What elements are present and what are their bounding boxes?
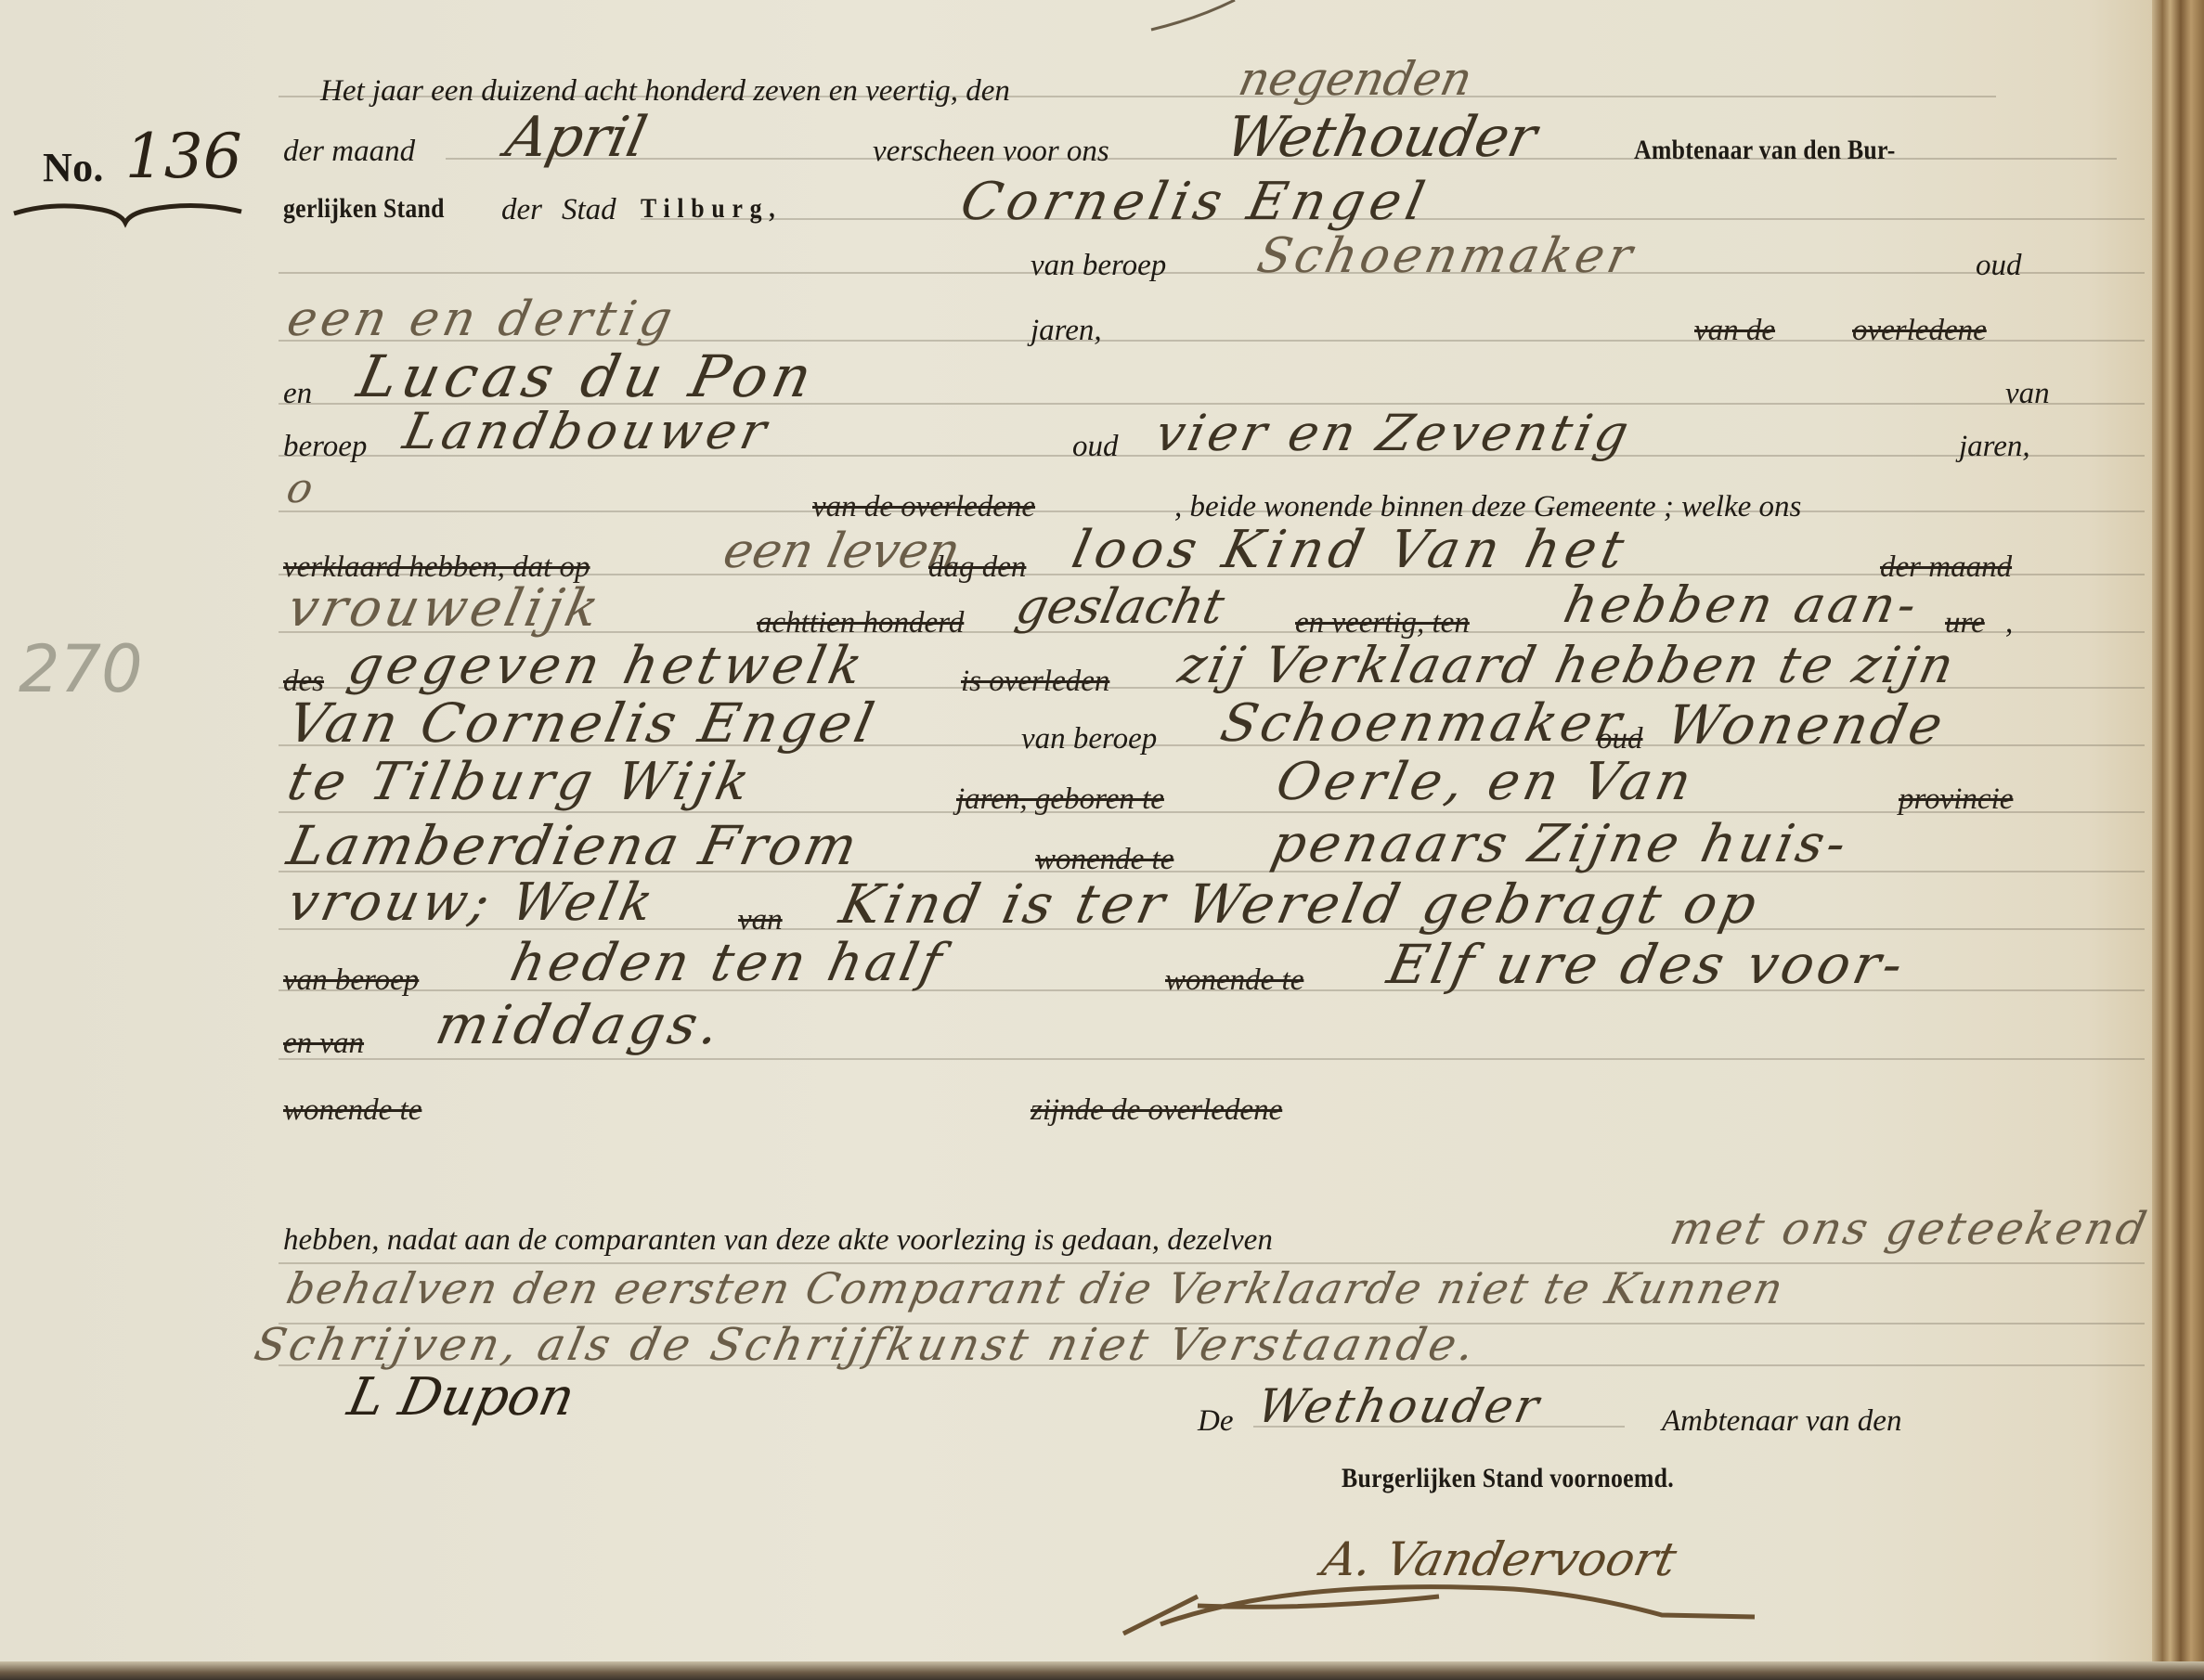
struck-wonende-te-1: wonende te [1035,845,1173,875]
hand-line-e2: Oerle, en Van [1272,756,1700,808]
hand-declarant2-profession: Landbouwer [399,407,775,457]
printed-tilburg: Tilburg, [641,195,783,223]
hand-line-f2: penaars Zijne huis- [1267,819,1854,871]
printed-en: en [283,379,312,409]
hand-line-h2: Elf ure des voor- [1383,937,1912,991]
hand-line-d1: Van Cornelis Engel [283,696,882,750]
struck-van-beroep: van beroep [283,965,419,996]
hand-line-c1: gegeven hetwelk [344,640,871,692]
ruled-line [279,272,2145,274]
record-number: No. 136 [43,130,226,191]
printed-jaren-1: jaren, [1031,316,1102,346]
struck-jaren-geboren-te: jaren, geboren te [956,784,1164,815]
hand-line-i1: middags. [432,998,729,1052]
printed-der: der [501,195,542,226]
hand-official-title: Wethouder [1221,110,1541,165]
hand-declarant1-profession: Schoenmaker [1253,232,1640,280]
document-page: No. 136 270 Het jaar een duizend acht ho… [0,0,2152,1661]
hand-line-d3: Wonende [1662,698,1951,752]
printed-beroep: beroep [283,432,367,462]
record-number-value: 136 [125,121,242,192]
printed-oud-2: oud [1072,432,1119,462]
hand-month: April [501,110,652,165]
hand-line-d2: Schoenmaker [1216,698,1629,750]
ink-stroke-icon [1142,0,1253,37]
struck-achttien-honderd: achttien honderd [757,608,964,639]
ruled-line [279,1058,2145,1060]
book-spine [2152,0,2204,1680]
hand-line-c2: zij Verklaard hebben te zijn [1174,640,1961,691]
record-number-label: No. [43,145,104,190]
struck-overledene-1: overledene [1852,316,1987,346]
hand-line-b2: geslacht [1012,583,1228,631]
hand-closing-3: Schrijven, als de Schrijfkunst niet Vers… [251,1323,1482,1367]
hand-line-g1: vrouw; Welk [283,877,661,929]
printed-jaren-2: jaren, [1959,432,2030,462]
printed-van: van [2005,379,2050,409]
hand-line-f1: Lamberdiena From [283,819,864,872]
hand-closing-1: met ons geteekend [1666,1207,2153,1251]
struck-zijnde-de-overledene: zijnde de overledene [1031,1095,1282,1126]
hand-sig-title: Wethouder [1253,1383,1546,1429]
signature-declarant: L Dupon [344,1372,578,1424]
hand-line-a2: loos Kind Van het [1068,524,1634,576]
struck-van: van [738,905,783,936]
pencil-margin-note: 270 [19,631,143,707]
struck-ure: ure [1945,608,1985,639]
hand-declarant1-name: Cornelis Engel [956,176,1434,228]
struck-en-van: en van [283,1028,364,1059]
struck-provincie: provincie [1899,784,2013,815]
struck-en-veertig-ten: en veertig, ten [1295,608,1470,639]
printed-comma: , [2005,608,2013,639]
printed-ambtenaar: Ambtenaar van den Bur- [1634,136,1896,164]
hand-closing-2: behalven den eersten Comparant die Verkl… [283,1267,1788,1310]
printed-verscheen: verscheen voor ons [873,136,1109,167]
hand-declarant2-age: vier en Zeventig [1151,408,1636,459]
printed-van-beroep-2: van beroep [1021,724,1157,755]
page-bottom-edge [0,1661,2204,1680]
hand-line-b3: hebben aan- [1560,580,1925,630]
signature-flourish-icon [1105,1569,1773,1652]
printed-sig-ambtenaar: Ambtenaar van den [1662,1406,1901,1437]
printed-der-maand: der maand [283,136,415,167]
hand-day: negenden [1235,56,1476,102]
printed-beide-wonende: , beide wonende binnen deze Gemeente ; w… [1174,492,1801,523]
hand-line-e1: te Tilburg Wijk [283,756,758,808]
struck-is-overleden: is overleden [961,666,1109,697]
number-underline-flourish-icon [9,193,251,230]
hand-declarant1-age: een en dertig [283,295,681,343]
printed-oud: oud [1976,251,2022,281]
printed-gerlijken-stand: gerlijken Stand [283,195,445,223]
hand-blank-mark: o [283,469,317,510]
struck-van-de-1: van de [1694,316,1775,346]
printed-sig-de: De [1198,1406,1233,1437]
hand-line-h1: heden ten half [506,937,950,989]
printed-line-1: Het jaar een duizend acht honderd zeven … [320,76,1010,107]
hand-line-g2: Kind is ter Wereld gebragt op [836,877,1765,931]
struck-van-de-overledene-2: van de overledene [812,492,1035,523]
hand-declarant2-name: Lucas du Pon [353,348,822,406]
printed-van-beroep: van beroep [1031,251,1166,281]
struck-wonende-te-3: wonende te [283,1095,421,1126]
hand-line-b1: vrouwelijk [283,583,606,635]
struck-oud: oud [1597,724,1643,755]
printed-sig-burgerlijken: Burgerlijken Stand voornoemd. [1342,1465,1674,1493]
printed-stad: Stad [562,195,616,226]
struck-dag-den: dag den [928,552,1026,583]
struck-wonende-te-2: wonende te [1165,965,1303,996]
printed-closing: hebben, nadat aan de comparanten van dez… [283,1225,1273,1256]
